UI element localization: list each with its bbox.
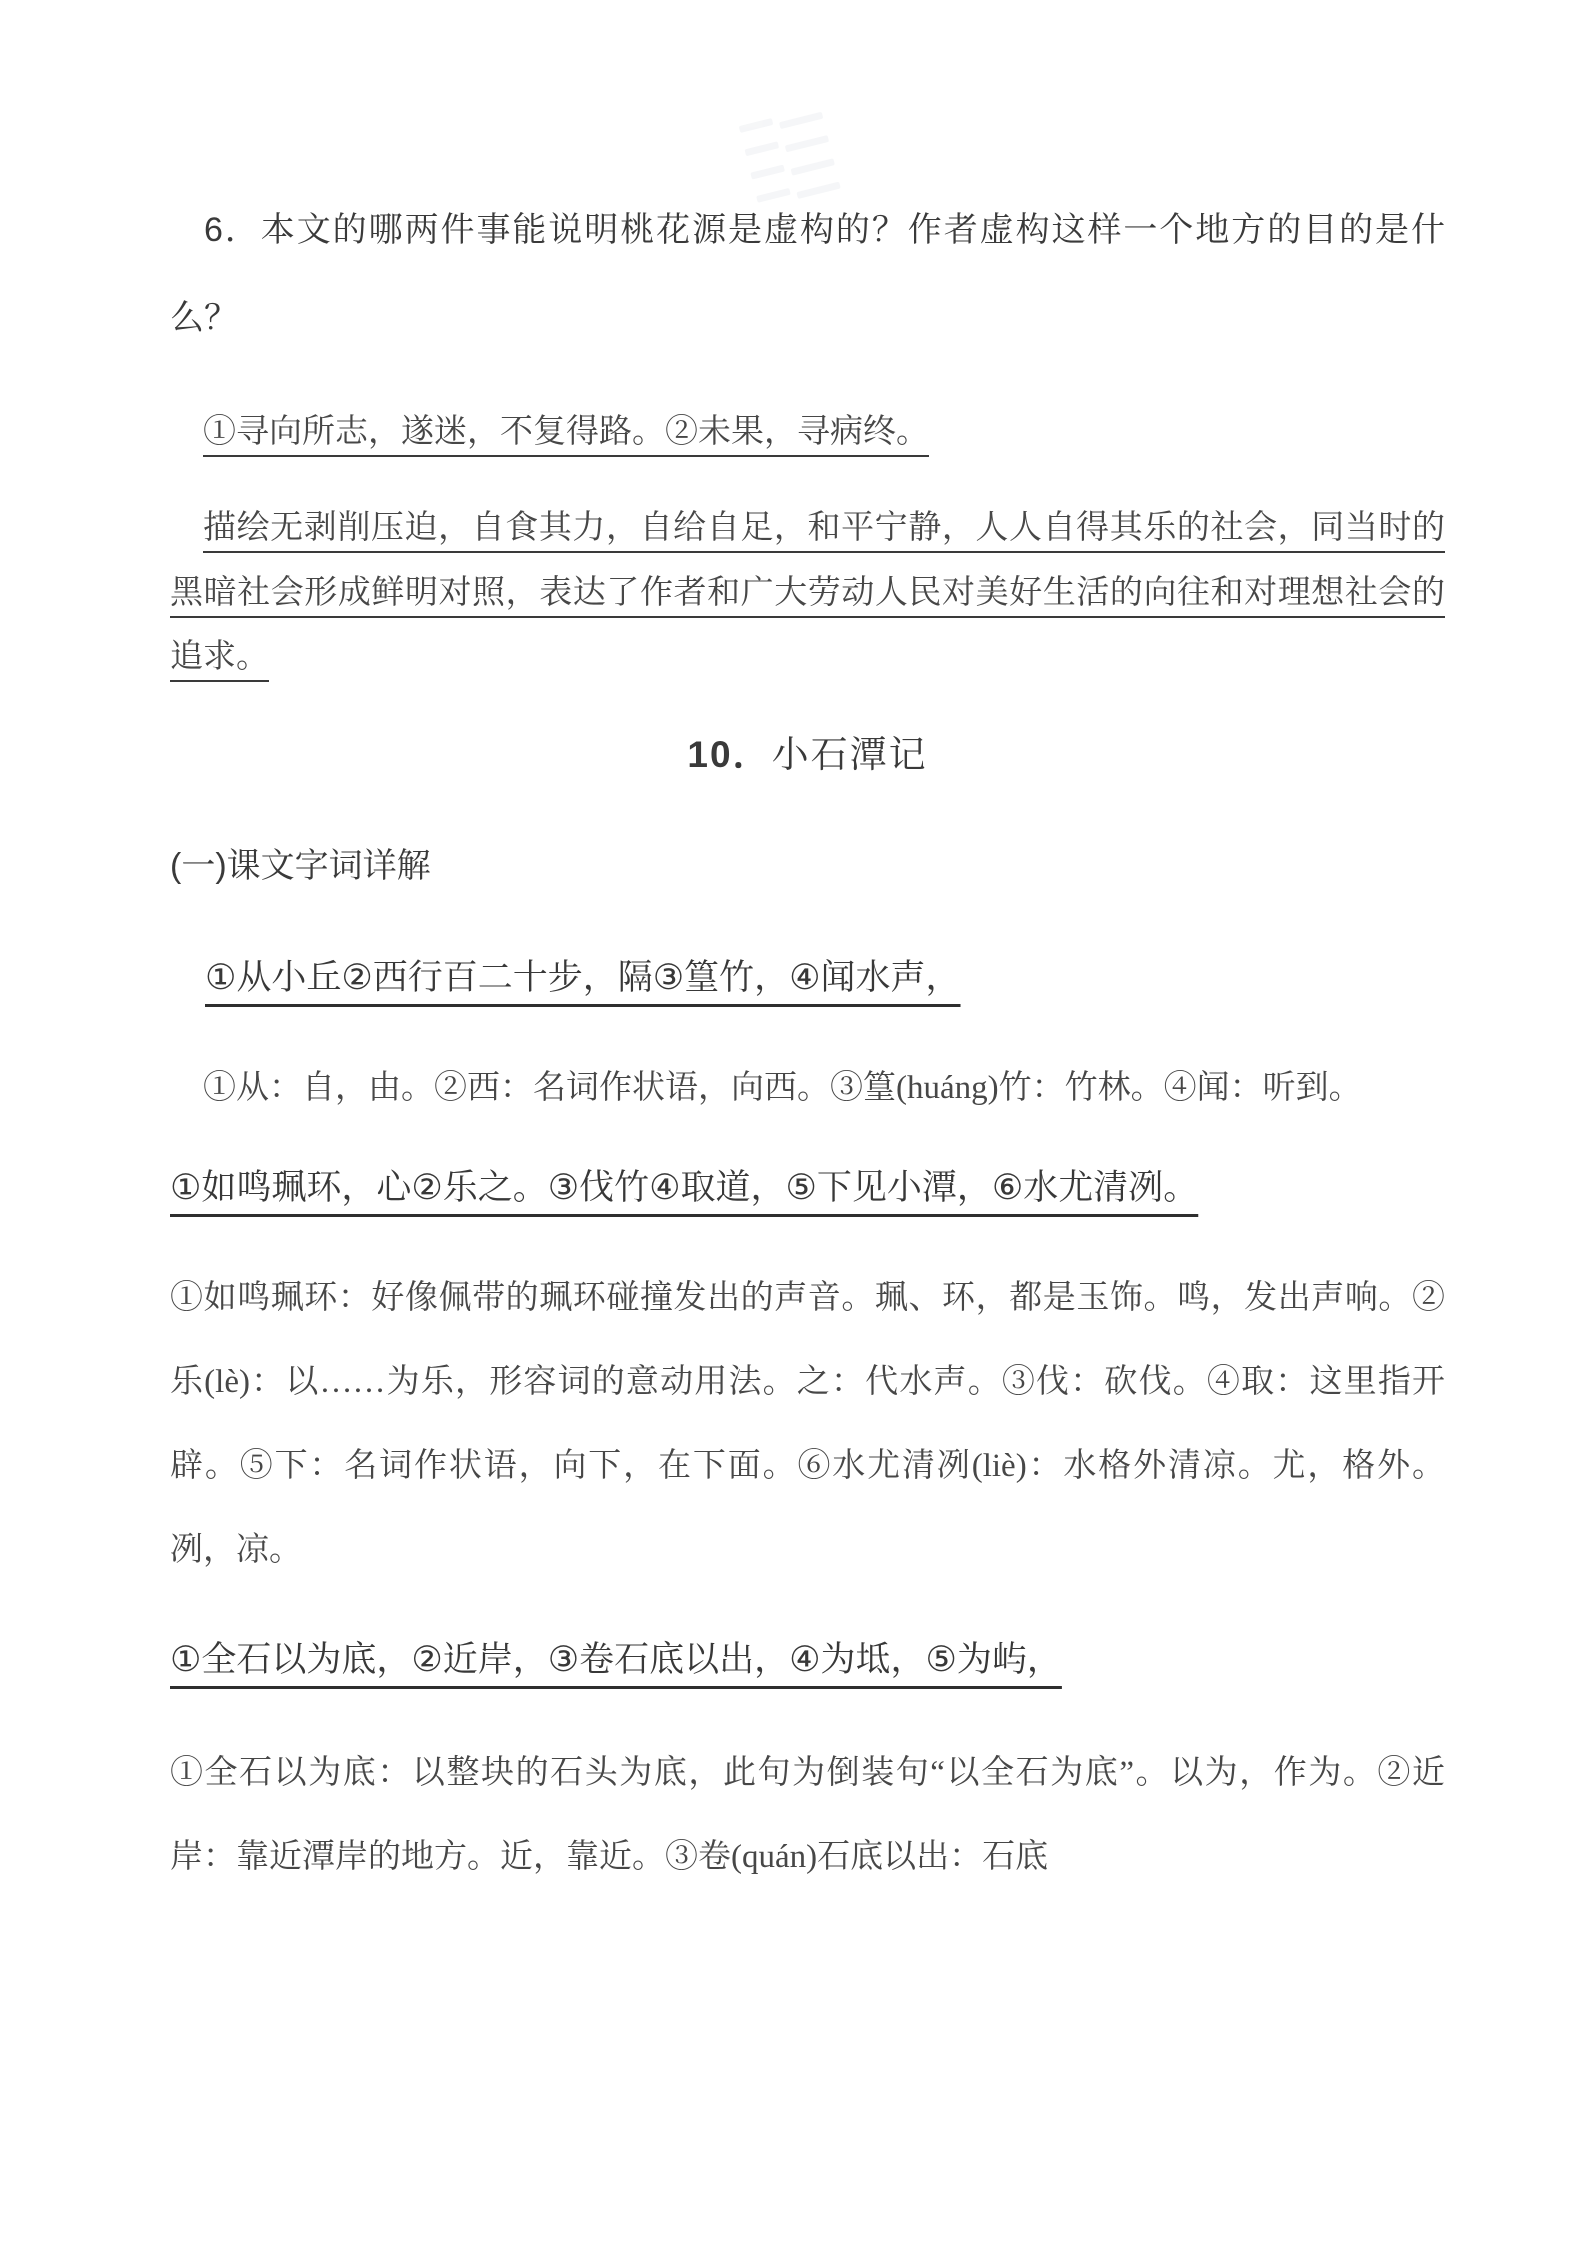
section-number: 10 [687,734,732,775]
document-page: 6．本文的哪两件事能说明桃花源是虚构的？作者虚构这样一个地方的目的是什么？ ①寻… [0,0,1587,2245]
answer-6-part2: 描绘无剥削压迫，自食其力，自给自足，和平宁静，人人自得其乐的社会，同当时的黑暗社… [170,496,1445,689]
explanation-1: ①从：自，由。②西：名词作状语，向西。③篁(huáng)竹：竹林。④闻：听到。 [170,1052,1445,1125]
subsection-heading: (一)课文字词详解 [170,841,1445,892]
section-title: 小石潭记 [772,734,928,775]
explanation-2: ①如鸣珮环：好像佩带的珮环碰撞发出的声音。珮、环，都是玉饰。鸣，发出声响。②乐(… [170,1256,1445,1593]
answer-6-part1: ①寻向所志，遂迷，不复得路。②未果，寻病终。 [170,399,1445,467]
question-6-text: 6．本文的哪两件事能说明桃花源是虚构的？作者虚构这样一个地方的目的是什么？ [170,186,1445,363]
watermark-mark [737,99,830,144]
explanation-3: ①全石以为底：以整块的石头为底，此句为倒装句“以全石为底”。以为，作为。②近岸：… [170,1731,1445,1899]
section-separator: ． [733,734,772,775]
watermark-mark [743,122,836,167]
source-sentence-1: ①从小丘②西行百二十步，隔③篁竹，④闻水声， [170,950,1445,1006]
watermark-mark [749,145,842,190]
source-sentence-3: ①全石以为底，②近岸，③卷石底以出，④为坻，⑤为屿， [170,1632,1445,1688]
source-sentence-2: ①如鸣珮环，心②乐之。③伐竹④取道，⑤下见小潭，⑥水尤清冽。 [170,1160,1445,1216]
section-heading: 10．小石潭记 [170,727,1445,783]
